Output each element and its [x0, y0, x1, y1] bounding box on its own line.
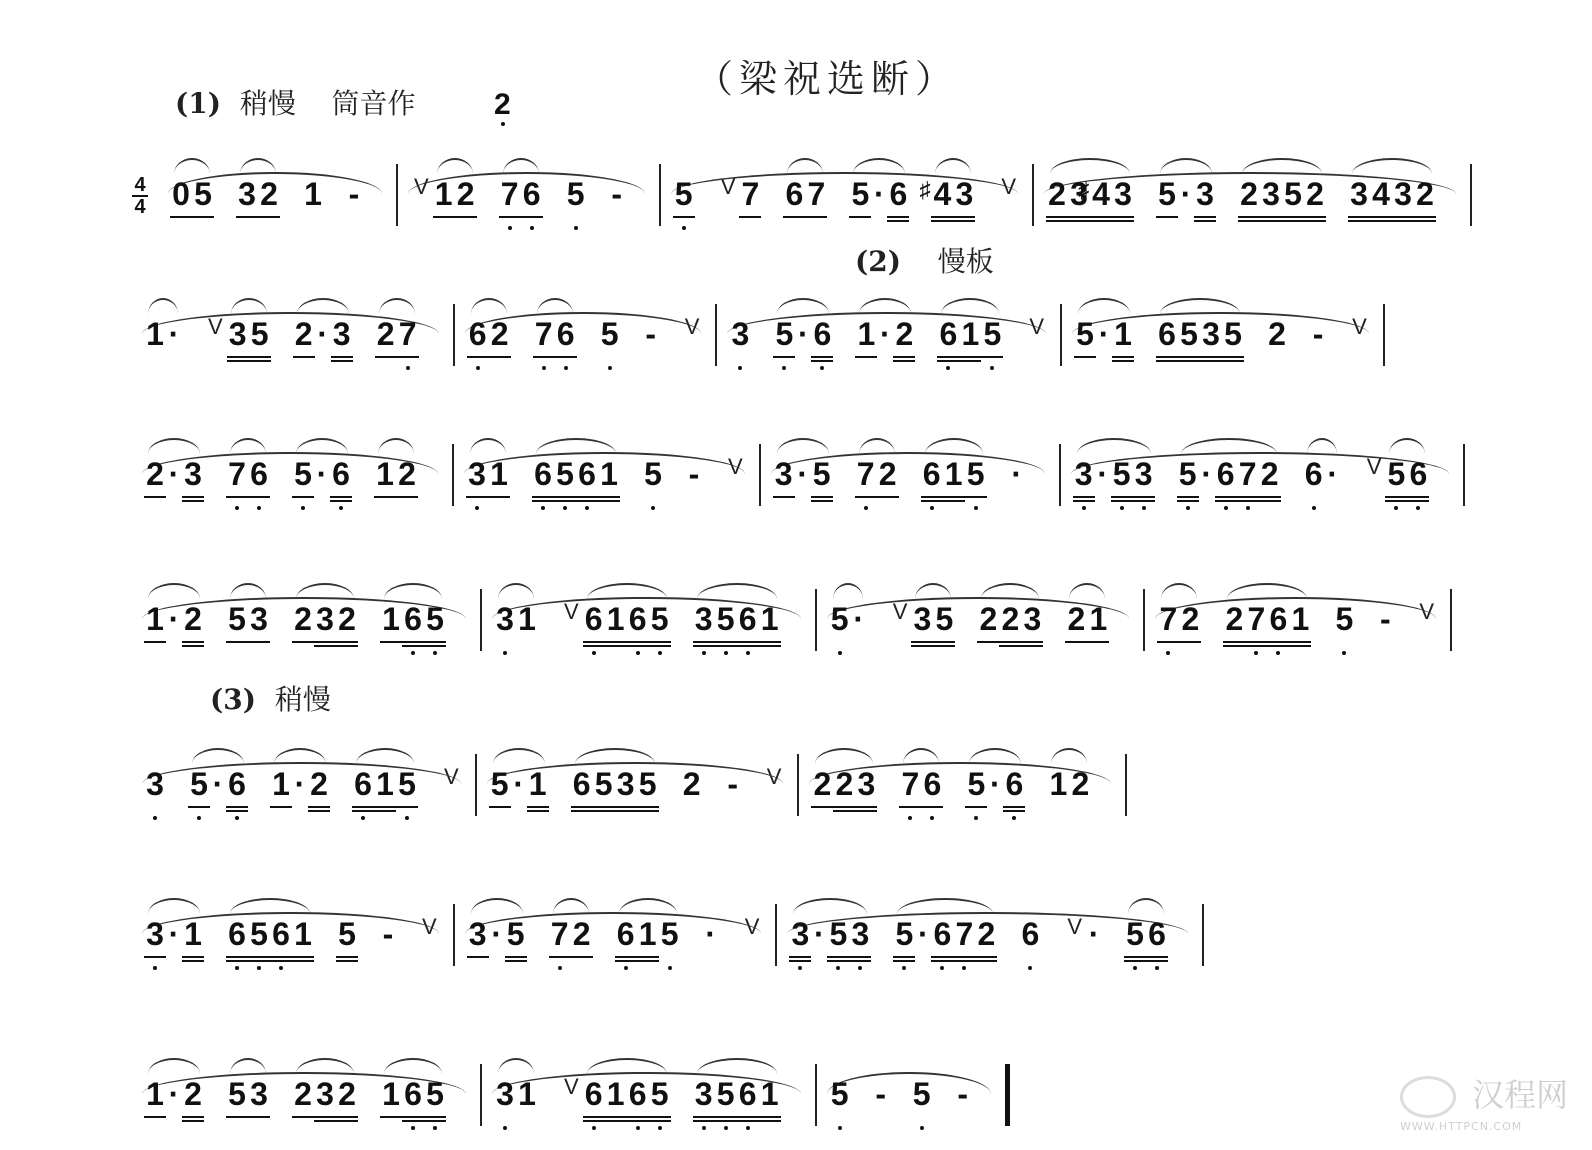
slur — [915, 583, 951, 599]
low-octave-dot — [908, 816, 912, 820]
low-octave-dot — [235, 816, 239, 820]
note: 1 — [374, 454, 396, 510]
note-group: 2761 — [1223, 599, 1311, 655]
low-octave-dot — [946, 366, 950, 370]
slur — [1160, 158, 1212, 174]
note-group: 1·2 — [144, 599, 204, 655]
note: 5 — [773, 314, 795, 370]
slur — [230, 438, 266, 454]
note: 5 — [933, 599, 955, 655]
slur — [230, 898, 310, 914]
low-octave-dot — [411, 651, 415, 655]
note: 7 — [1157, 599, 1179, 655]
section-number: (3) — [210, 683, 256, 716]
measure: 7227615-V — [1145, 599, 1450, 655]
low-octave-dot — [1142, 506, 1146, 510]
measure: 35·61·2615V — [717, 314, 1060, 370]
note: 1 — [516, 599, 538, 655]
slur — [793, 898, 867, 914]
note-group: - — [725, 764, 741, 820]
note-group: 5 — [673, 174, 695, 230]
note: 2 — [182, 599, 204, 655]
note: 6 — [737, 599, 759, 655]
note: 6 — [1407, 454, 1429, 510]
slur — [1161, 583, 1197, 599]
note: 1 — [855, 314, 877, 370]
slur — [1307, 438, 1337, 454]
note: 5 — [396, 764, 418, 820]
tempo-marking: 慢板 — [938, 245, 994, 278]
note: 1 — [144, 1074, 166, 1130]
note-group: 3561 — [693, 599, 781, 655]
note-group: 5·6 — [773, 314, 833, 370]
note-group: 5·672 — [1177, 454, 1281, 510]
final-barline — [1005, 1064, 1010, 1126]
note: 1 — [943, 454, 965, 510]
dot-extension: · — [703, 914, 719, 970]
note-group: 2 — [681, 764, 703, 820]
note: 6 — [811, 314, 833, 370]
note-group: 4♯3 — [931, 174, 975, 230]
slur — [1242, 158, 1322, 174]
note: 5 — [715, 1074, 737, 1130]
note: 3 — [911, 599, 933, 655]
measure: 5-5- — [817, 1074, 1005, 1130]
note-group: 3561 — [693, 1074, 781, 1130]
note-group: 615 — [921, 454, 987, 510]
note-group: 12 — [433, 174, 477, 230]
low-octave-dot — [1186, 506, 1190, 510]
note: 1 — [488, 454, 510, 510]
note: 6 — [921, 764, 943, 820]
note: 7 — [397, 314, 419, 370]
note: 6 — [783, 174, 805, 230]
note-group: 5·672 — [893, 914, 997, 970]
note-group: 234♯3 — [1046, 174, 1134, 230]
note-group: 3432 — [1348, 174, 1436, 230]
note: 2 — [455, 174, 477, 230]
note-group: 232 — [292, 1074, 358, 1130]
note-group: 12 — [374, 454, 418, 510]
note: 6 — [921, 454, 943, 510]
measure: 3·535·6726V·56 — [777, 914, 1202, 970]
note: 7 — [533, 314, 555, 370]
key-note-low-2: 2 — [494, 88, 511, 122]
note-group: 27 — [375, 314, 419, 370]
note: 7 — [899, 764, 921, 820]
slur — [296, 583, 354, 599]
slur — [274, 748, 326, 764]
note: 6 — [1003, 764, 1025, 820]
slur — [1389, 438, 1425, 454]
note: 3 — [855, 764, 877, 820]
dot-extension: · — [511, 764, 527, 820]
low-octave-dot — [592, 651, 596, 655]
note-group: 5 — [911, 1074, 933, 1130]
note: 6 — [1303, 454, 1325, 510]
note: 5 — [424, 1074, 446, 1130]
note-group: 76 — [226, 454, 270, 510]
slur — [575, 748, 655, 764]
note: 3 — [1112, 174, 1134, 230]
measure: V12765- — [398, 174, 659, 230]
dash-extension: - — [346, 174, 362, 230]
note-group: 53 — [226, 1074, 270, 1130]
note-group: 12 — [1047, 764, 1091, 820]
low-octave-dot — [508, 226, 512, 230]
slur — [384, 583, 442, 599]
dot-extension: · — [166, 454, 182, 510]
note-group: 3·5 — [773, 454, 833, 510]
low-octave-dot — [503, 1126, 507, 1130]
low-octave-dot — [1155, 966, 1159, 970]
note-group: · — [1009, 454, 1025, 510]
note: 6 — [737, 1074, 759, 1130]
measure: 234♯35·323523432 — [1034, 174, 1470, 230]
note: 5 — [1385, 454, 1407, 510]
low-octave-dot — [503, 651, 507, 655]
note-group: 615 — [615, 914, 681, 970]
low-octave-dot — [798, 966, 802, 970]
note: 1 — [144, 599, 166, 655]
measure: 5·165352-V — [1062, 314, 1383, 370]
slur — [553, 898, 589, 914]
note: 1 — [1047, 764, 1069, 820]
note-group: 31 — [466, 454, 510, 510]
watermark-logo-icon — [1400, 1076, 1456, 1118]
note-group: - — [1310, 314, 1326, 370]
note: 5 — [192, 174, 214, 230]
note-group: 5 — [1333, 599, 1355, 655]
note-group: 5·6 — [188, 764, 248, 820]
note: 2 — [293, 314, 315, 370]
note: 5 — [424, 599, 446, 655]
note-group: 6535 — [571, 764, 659, 820]
low-octave-dot — [724, 1126, 728, 1130]
low-octave-dot — [279, 966, 283, 970]
barline — [1450, 589, 1452, 651]
note: 6 — [627, 1074, 649, 1130]
note: 6 — [931, 914, 953, 970]
sharp-icon: ♯ — [919, 170, 930, 210]
note: 5 — [593, 764, 615, 820]
note: 6 — [352, 764, 374, 820]
score-row: 35·61·2615V5·165352-V223765·612 — [132, 740, 1127, 820]
low-octave-dot — [1133, 966, 1137, 970]
note: 7 — [855, 454, 877, 510]
note: 5 — [1178, 314, 1200, 370]
time-signature: 44 — [132, 176, 148, 230]
note: 2 — [489, 314, 511, 370]
low-octave-dot — [636, 651, 640, 655]
low-octave-dot — [974, 506, 978, 510]
slur — [498, 1058, 534, 1074]
dot-extension: · — [166, 599, 182, 655]
slur — [969, 748, 1021, 764]
note: 5 — [1111, 454, 1133, 510]
note: 7 — [1245, 599, 1267, 655]
dot-extension: · — [1009, 454, 1025, 510]
dot-extension: · — [811, 914, 827, 970]
dot-extension: · — [315, 314, 331, 370]
note: 3 — [494, 599, 516, 655]
dot-extension: · — [314, 454, 330, 510]
low-octave-dot — [930, 506, 934, 510]
dot-extension: · — [1325, 454, 1341, 510]
note-group: 1·2 — [270, 764, 330, 820]
note: 2 — [877, 454, 899, 510]
note-group: - — [380, 914, 396, 970]
note: 5 — [642, 454, 664, 510]
measure: 35·61·2615V — [132, 764, 475, 820]
note: 5 — [715, 599, 737, 655]
note: 3 — [466, 454, 488, 510]
note: 6 — [226, 764, 248, 820]
note: 7 — [739, 174, 761, 230]
note: 5 — [649, 1074, 671, 1130]
dash-extension: - — [380, 914, 396, 970]
note: 2 — [336, 599, 358, 655]
note: 2 — [1266, 314, 1288, 370]
dot-extension: · — [877, 314, 893, 370]
note: 1 — [292, 914, 314, 970]
score-title: （梁祝选断） — [695, 48, 959, 103]
low-octave-dot — [974, 816, 978, 820]
measure: 05321- — [158, 174, 396, 230]
note: 6 — [583, 599, 605, 655]
note: 7 — [1237, 454, 1259, 510]
slur — [981, 583, 1039, 599]
low-octave-dot — [920, 1126, 924, 1130]
low-octave-dot — [940, 966, 944, 970]
dot-extension: · — [1096, 314, 1112, 370]
low-octave-dot — [902, 966, 906, 970]
tempo-marking: 稍慢 — [275, 683, 331, 716]
slur — [378, 438, 414, 454]
note: 5 — [893, 914, 915, 970]
measure: 5·V3522321 — [817, 599, 1144, 655]
measure: 1·V352·327 — [132, 314, 453, 370]
note: 3 — [314, 1074, 336, 1130]
low-octave-dot — [962, 966, 966, 970]
note: 5 — [565, 174, 587, 230]
low-octave-dot — [433, 651, 437, 655]
note-group: 3·1 — [144, 914, 204, 970]
note: 1 — [380, 1074, 402, 1130]
note-group: 5·6 — [965, 764, 1025, 820]
note-group: 165 — [380, 599, 446, 655]
dot-extension: · — [795, 454, 811, 510]
barline — [1383, 304, 1385, 366]
note: 5 — [965, 764, 987, 820]
low-octave-dot — [1166, 651, 1170, 655]
low-octave-dot — [530, 226, 534, 230]
dot-extension: · — [851, 599, 867, 655]
note: 5 — [226, 599, 248, 655]
note: 7 — [805, 174, 827, 230]
slur — [148, 298, 178, 314]
note: 1 — [598, 454, 620, 510]
dash-extension: - — [686, 454, 702, 510]
note: 2 — [308, 764, 330, 820]
slur — [1352, 158, 1432, 174]
note: 2 — [336, 1074, 358, 1130]
slur — [297, 298, 349, 314]
note: 1 — [605, 1074, 627, 1130]
low-octave-dot — [361, 816, 365, 820]
slur — [1050, 158, 1130, 174]
low-octave-dot — [668, 966, 672, 970]
slur — [379, 298, 415, 314]
low-octave-dot — [864, 506, 868, 510]
slur — [1051, 748, 1087, 764]
note-group: 35 — [911, 599, 955, 655]
note: 3 — [144, 914, 166, 970]
low-octave-dot — [624, 966, 628, 970]
note: 3 — [1392, 174, 1414, 230]
note-group: 76 — [499, 174, 543, 230]
note: 4♯ — [1090, 174, 1112, 230]
note-group: - — [686, 454, 702, 510]
slur — [859, 298, 911, 314]
section-2-label: (2) 慢板 — [845, 240, 994, 280]
low-octave-dot — [197, 816, 201, 820]
note-group: 1·2 — [144, 1074, 204, 1130]
slur — [787, 158, 823, 174]
note-group: 5· — [829, 599, 867, 655]
measure: 223765·612 — [799, 764, 1125, 820]
note: 2 — [571, 914, 593, 970]
low-octave-dot — [1012, 816, 1016, 820]
note-group: 3 — [729, 314, 751, 370]
note: 6 — [1156, 314, 1178, 370]
note: 3 — [953, 174, 975, 230]
measure: 5·165352-V — [477, 764, 798, 820]
note: 2 — [893, 314, 915, 370]
note-group: 76 — [533, 314, 577, 370]
note: 4♯ — [931, 174, 953, 230]
note: 1 — [144, 314, 166, 370]
note: 2 — [833, 764, 855, 820]
note-group: · — [1086, 914, 1102, 970]
note-group: 1 — [302, 174, 324, 230]
slur — [240, 158, 276, 174]
measure: 31V61653561 — [482, 599, 815, 655]
note: 5 — [505, 914, 527, 970]
note-group: 2352 — [1238, 174, 1326, 230]
note: 6 — [270, 914, 292, 970]
note-group: 3·53 — [1073, 454, 1155, 510]
dash-extension: - — [955, 1074, 971, 1130]
note: 1 — [1112, 314, 1134, 370]
measure: 1·253232165 — [132, 1074, 480, 1130]
low-octave-dot — [1394, 506, 1398, 510]
low-octave-dot — [738, 366, 742, 370]
note: 5 — [965, 454, 987, 510]
note: 3 — [248, 1074, 270, 1130]
note: 1 — [182, 914, 204, 970]
low-octave-dot — [235, 966, 239, 970]
low-octave-dot — [301, 506, 305, 510]
slur — [1077, 438, 1151, 454]
note: 5 — [811, 454, 833, 510]
barline — [1470, 164, 1472, 226]
slur — [935, 158, 971, 174]
note: 3 — [1021, 599, 1043, 655]
sharp-icon: ♯ — [1078, 170, 1089, 210]
low-octave-dot — [1120, 506, 1124, 510]
low-octave-dot — [836, 966, 840, 970]
note-group: - — [1377, 599, 1393, 655]
note: 3 — [1348, 174, 1370, 230]
tuning-note: 筒音作 — [332, 87, 416, 120]
note: 5 — [849, 174, 871, 230]
slur — [356, 748, 414, 764]
note: 2 — [1259, 454, 1281, 510]
note: 2 — [1179, 599, 1201, 655]
note: 2 — [975, 914, 997, 970]
note: 2 — [1414, 174, 1436, 230]
note: 1 — [270, 764, 292, 820]
low-octave-dot — [838, 651, 842, 655]
barline — [1202, 904, 1204, 966]
note: 2 — [292, 599, 314, 655]
slur — [1069, 583, 1105, 599]
note: 5 — [1333, 599, 1355, 655]
slur — [897, 898, 993, 914]
watermark: 汉程网 WWW.HTTPCN.COM — [1400, 1070, 1568, 1133]
note-group: 2 — [1266, 314, 1288, 370]
slur — [296, 438, 348, 454]
note: 2 — [258, 174, 280, 230]
low-octave-dot — [1276, 651, 1280, 655]
note: 3 — [1073, 454, 1095, 510]
slur — [903, 748, 939, 764]
dot-extension: · — [987, 764, 1003, 820]
note: 5 — [226, 1074, 248, 1130]
note: 1 — [380, 599, 402, 655]
note-group: 223 — [977, 599, 1043, 655]
note: 5 — [911, 1074, 933, 1130]
slur — [498, 583, 534, 599]
note-group: 6561 — [532, 454, 620, 510]
low-octave-dot — [702, 1126, 706, 1130]
note-group: 3·53 — [789, 914, 871, 970]
note: 5 — [981, 314, 1003, 370]
note-group: 6· — [1303, 454, 1341, 510]
barline — [1463, 444, 1465, 506]
score-row: 2·3765·6123165615-V3·572615·3·535·6726·V… — [132, 430, 1465, 510]
note: 7 — [226, 454, 248, 510]
note-group: 21 — [1065, 599, 1109, 655]
low-octave-dot — [475, 506, 479, 510]
note-group: - — [955, 1074, 971, 1130]
note: 5 — [489, 764, 511, 820]
note: 5 — [292, 454, 314, 510]
note: 3 — [1194, 174, 1216, 230]
section-1-label: (1) 稍慢 筒音作 — [165, 82, 416, 122]
measure: 3·572615· — [761, 454, 1059, 510]
note: 1 — [516, 1074, 538, 1130]
note-group: 5 — [565, 174, 587, 230]
note: 6 — [937, 314, 959, 370]
note: 2 — [182, 1074, 204, 1130]
slur — [231, 298, 267, 314]
note: 7 — [953, 914, 975, 970]
note: 1 — [605, 599, 627, 655]
note: 6 — [402, 1074, 424, 1130]
note: 6 — [467, 314, 489, 370]
